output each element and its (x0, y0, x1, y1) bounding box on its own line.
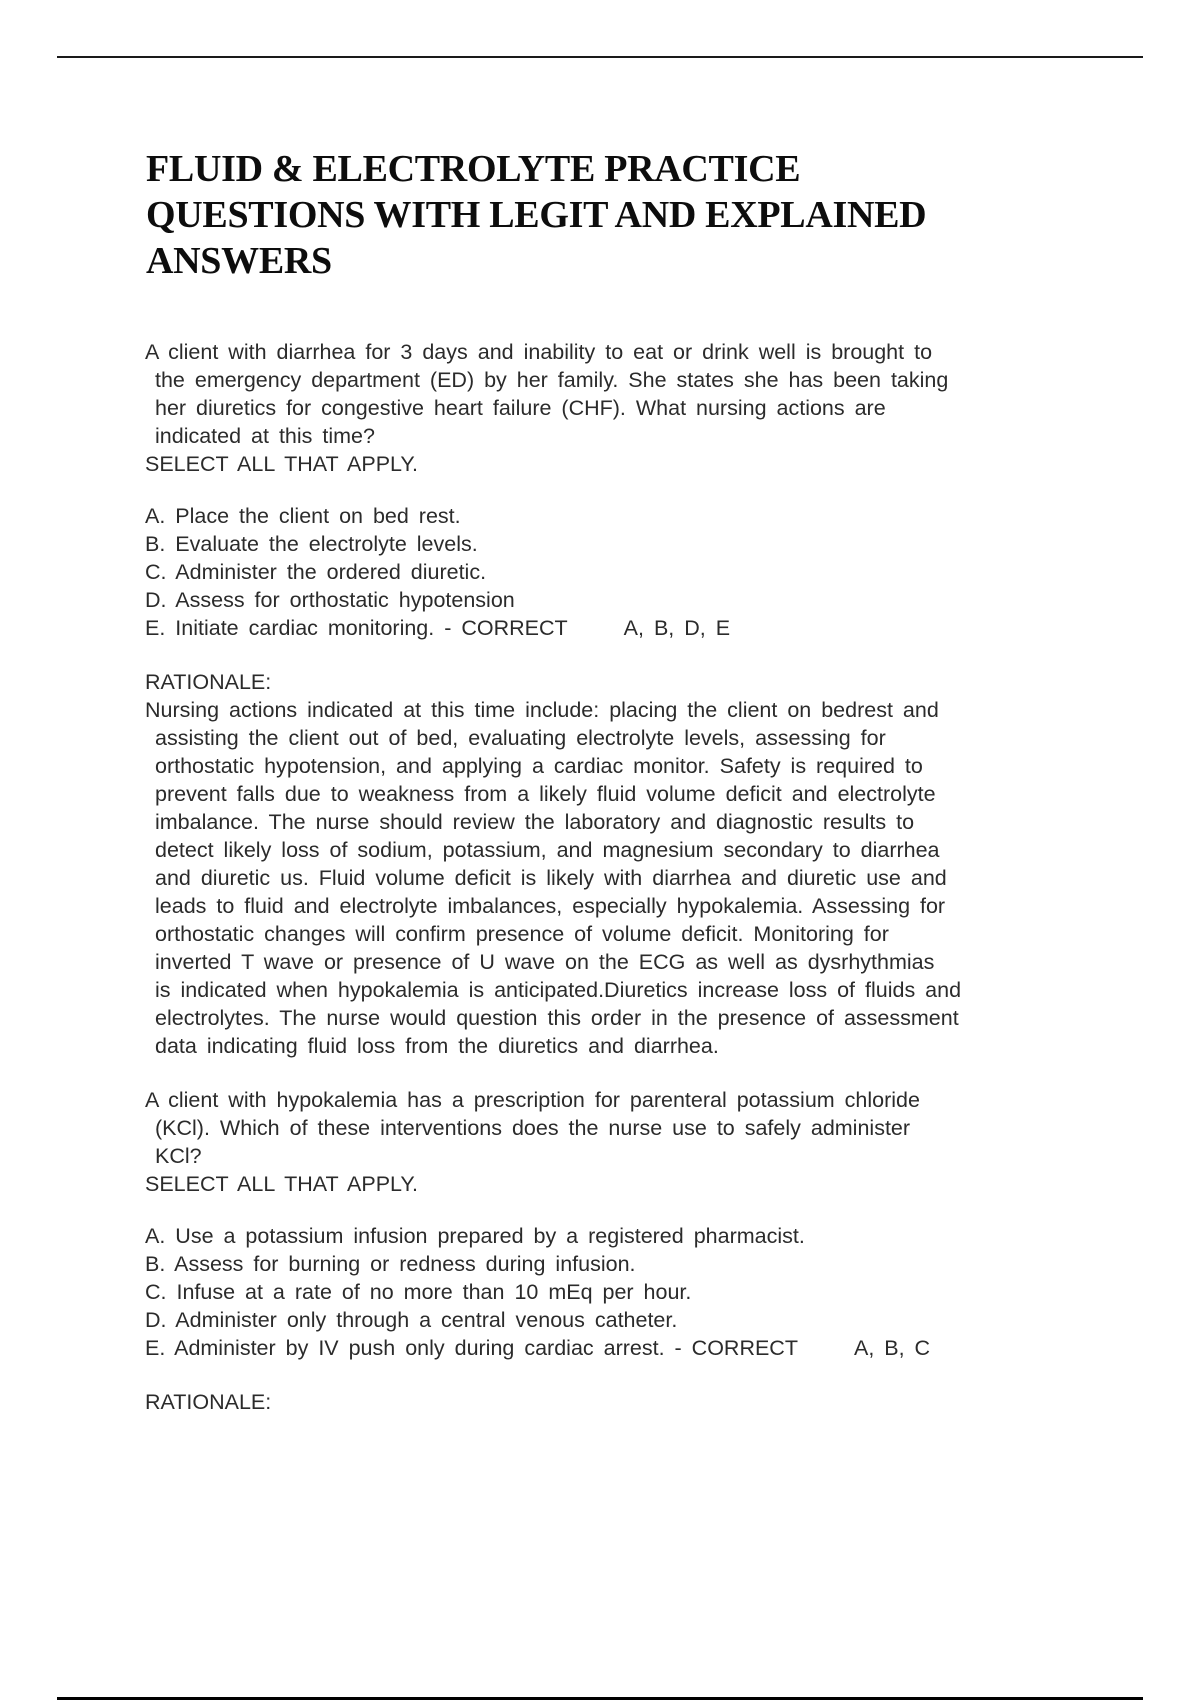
stem-line: (KCl). Which of these interventions does… (145, 1114, 1085, 1142)
rationale-line: and diuretic us. Fluid volume deficit is… (145, 864, 1085, 892)
option-e: E. Administer by IV push only during car… (145, 1336, 798, 1360)
options-list: A. Place the client on bed rest. B. Eval… (145, 502, 1085, 642)
answer-key: A, B, C (854, 1334, 930, 1362)
option-b: B. Evaluate the electrolyte levels. (145, 530, 1085, 558)
rationale-line: leads to fluid and electrolyte imbalance… (145, 892, 1085, 920)
rationale-line: assisting the client out of bed, evaluat… (145, 724, 1085, 752)
option-c: C. Infuse at a rate of no more than 10 m… (145, 1278, 1085, 1306)
question-stem: A client with hypokalemia has a prescrip… (145, 1086, 1085, 1170)
stem-line: KCl? (145, 1142, 1085, 1170)
answer-key: A, B, D, E (624, 614, 730, 642)
rationale-line: orthostatic changes will confirm presenc… (145, 920, 1085, 948)
stem-line: her diuretics for congestive heart failu… (145, 394, 1085, 422)
option-e-row: E. Initiate cardiac monitoring. - CORREC… (145, 614, 1085, 642)
rationale-line: prevent falls due to weakness from a lik… (145, 780, 1085, 808)
stem-line: A client with diarrhea for 3 days and in… (145, 338, 1085, 366)
rationale-line: data indicating fluid loss from the diur… (145, 1032, 1085, 1060)
stem-line: the emergency department (ED) by her fam… (145, 366, 1085, 394)
option-a: A. Use a potassium infusion prepared by … (145, 1222, 1085, 1250)
rationale-line: orthostatic hypotension, and applying a … (145, 752, 1085, 780)
rationale-label: RATIONALE: (145, 668, 1085, 696)
question-1: A client with diarrhea for 3 days and in… (145, 338, 1085, 1060)
rationale-line: detect likely loss of sodium, potassium,… (145, 836, 1085, 864)
title-line: QUESTIONS WITH LEGIT AND EXPLAINED (146, 192, 1096, 238)
question-2: A client with hypokalemia has a prescrip… (145, 1086, 1085, 1416)
rationale-text: Nursing actions indicated at this time i… (145, 696, 1085, 1060)
option-c: C. Administer the ordered diuretic. (145, 558, 1085, 586)
document-title: FLUID & ELECTROLYTE PRACTICE QUESTIONS W… (146, 146, 1096, 284)
page-top-rule (57, 56, 1143, 58)
stem-line: A client with hypokalemia has a prescrip… (145, 1086, 1085, 1114)
rationale-label: RATIONALE: (145, 1388, 1085, 1416)
rationale-line: inverted T wave or presence of U wave on… (145, 948, 1085, 976)
question-instruction: SELECT ALL THAT APPLY. (145, 1170, 1085, 1198)
options-list: A. Use a potassium infusion prepared by … (145, 1222, 1085, 1362)
option-b: B. Assess for burning or redness during … (145, 1250, 1085, 1278)
option-a: A. Place the client on bed rest. (145, 502, 1085, 530)
title-line: FLUID & ELECTROLYTE PRACTICE (146, 146, 1096, 192)
rationale-line: Nursing actions indicated at this time i… (145, 696, 1085, 724)
rationale-line: imbalance. The nurse should review the l… (145, 808, 1085, 836)
question-stem: A client with diarrhea for 3 days and in… (145, 338, 1085, 450)
option-d: D. Administer only through a central ven… (145, 1306, 1085, 1334)
option-e-row: E. Administer by IV push only during car… (145, 1334, 1085, 1362)
rationale-line: is indicated when hypokalemia is anticip… (145, 976, 1085, 1004)
option-e: E. Initiate cardiac monitoring. - CORREC… (145, 616, 568, 640)
rationale-line: electrolytes. The nurse would question t… (145, 1004, 1085, 1032)
document-body: A client with diarrhea for 3 days and in… (145, 338, 1085, 1416)
title-line: ANSWERS (146, 238, 1096, 284)
question-instruction: SELECT ALL THAT APPLY. (145, 450, 1085, 478)
option-d: D. Assess for orthostatic hypotension (145, 586, 1085, 614)
stem-line: indicated at this time? (145, 422, 1085, 450)
